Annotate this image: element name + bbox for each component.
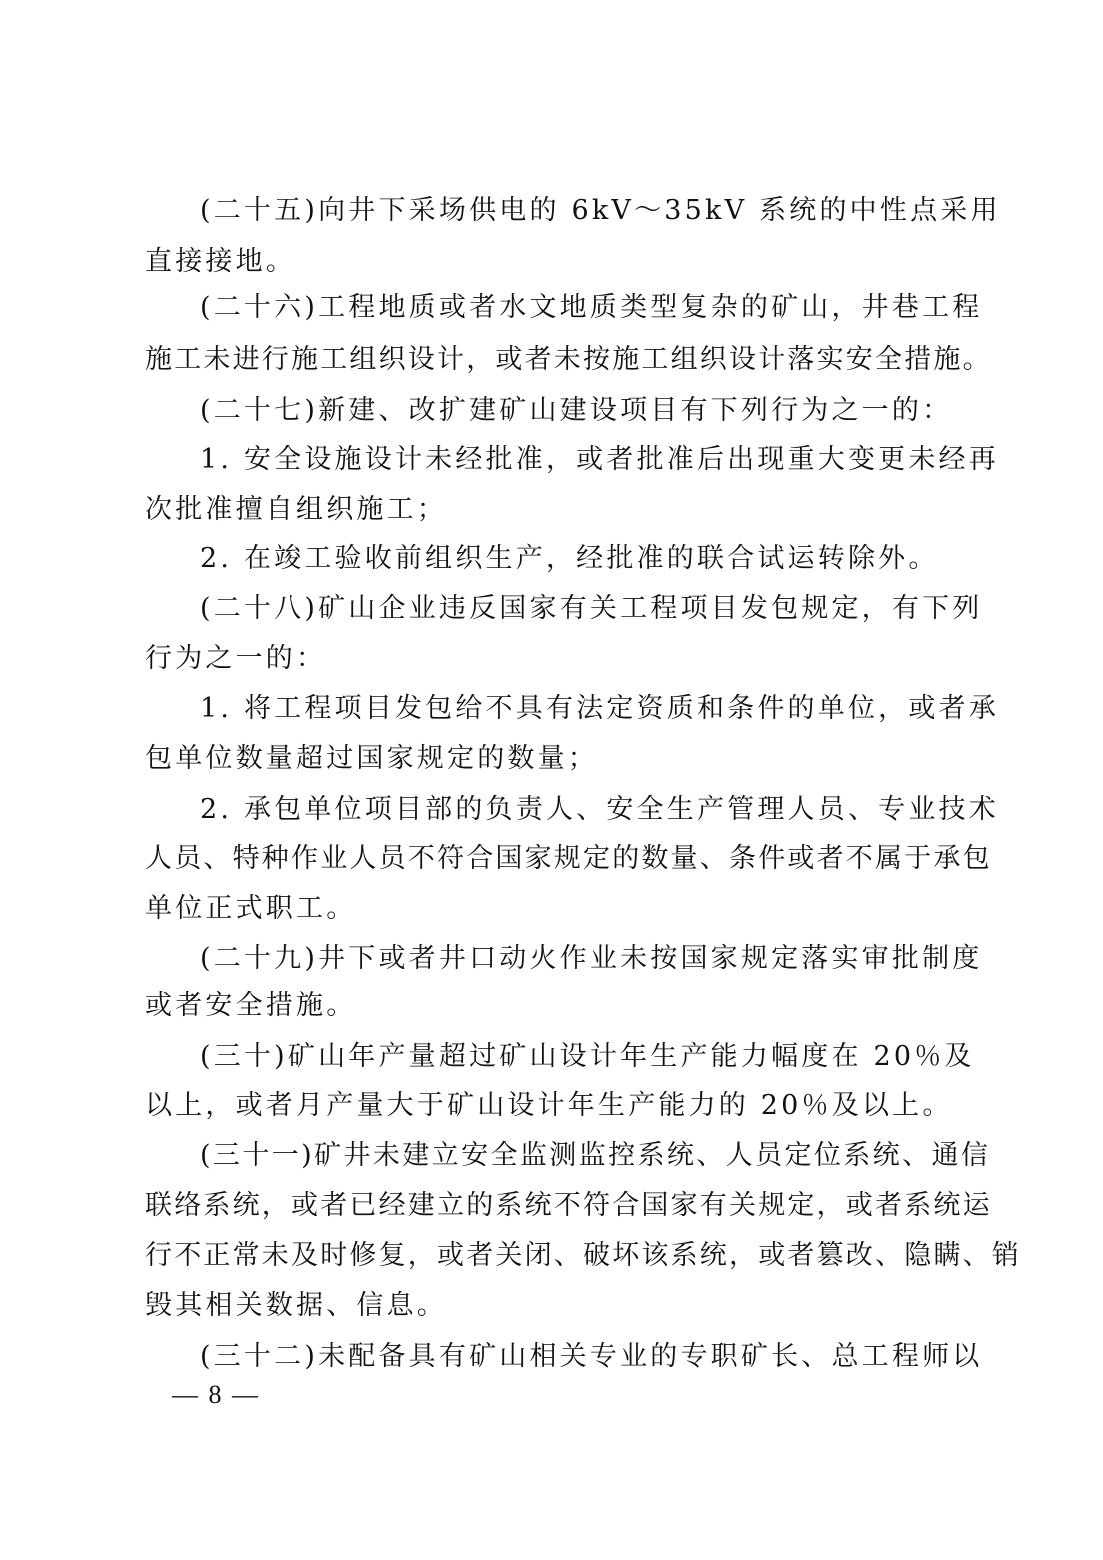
text-line: 或者安全措施。	[145, 988, 965, 1024]
text-line: (三十二)未配备具有矿山相关专业的专职矿长、总工程师以	[200, 1339, 965, 1375]
text-line: 以上，或者月产量大于矿山设计年生产能力的 20％及以上。	[145, 1088, 965, 1124]
text-line: (二十五)向井下采场供电的 6kV～35kV 系统的中性点采用	[200, 193, 965, 229]
text-line: 施工未进行施工组织设计，或者未按施工组织设计落实安全措施。	[145, 342, 965, 378]
text-line: 次批准擅自组织施工；	[145, 492, 965, 528]
document-page: (二十五)向井下采场供电的 6kV～35kV 系统的中性点采用 直接接地。 (二…	[0, 0, 1103, 1560]
text-line: 毁其相关数据、信息。	[145, 1288, 965, 1324]
text-line: 行不正常未及时修复，或者关闭、破坏该系统，或者篡改、隐瞒、销	[145, 1238, 965, 1274]
text-line: 1. 安全设施设计未经批准，或者批准后出现重大变更未经再	[200, 442, 965, 478]
text-line: 1. 将工程项目发包给不具有法定资质和条件的单位，或者承	[200, 691, 965, 727]
text-line: 联络系统，或者已经建立的系统不符合国家有关规定，或者系统运	[145, 1188, 965, 1224]
text-line: 人员、特种作业人员不符合国家规定的数量、条件或者不属于承包	[145, 841, 965, 877]
text-line: (二十七)新建、改扩建矿山建设项目有下列行为之一的：	[200, 393, 965, 429]
text-line: 单位正式职工。	[145, 891, 965, 927]
text-line: (二十八)矿山企业违反国家有关工程项目发包规定，有下列	[200, 591, 965, 627]
page-number: — 8 —	[172, 1380, 260, 1410]
text-line: (二十六)工程地质或者水文地质类型复杂的矿山，井巷工程	[200, 290, 965, 326]
text-line: (三十一)矿井未建立安全监测监控系统、人员定位系统、通信	[200, 1138, 965, 1174]
text-line: 包单位数量超过国家规定的数量；	[145, 741, 965, 777]
text-line: (三十)矿山年产量超过矿山设计年生产能力幅度在 20％及	[200, 1039, 965, 1075]
text-line: 直接接地。	[145, 244, 965, 280]
text-line: 2. 承包单位项目部的负责人、安全生产管理人员、专业技术	[200, 792, 965, 828]
text-line: 2. 在竣工验收前组织生产，经批准的联合试运转除外。	[200, 541, 965, 577]
text-line: (二十九)井下或者井口动火作业未按国家规定落实审批制度	[200, 941, 965, 977]
text-line: 行为之一的：	[145, 641, 965, 677]
